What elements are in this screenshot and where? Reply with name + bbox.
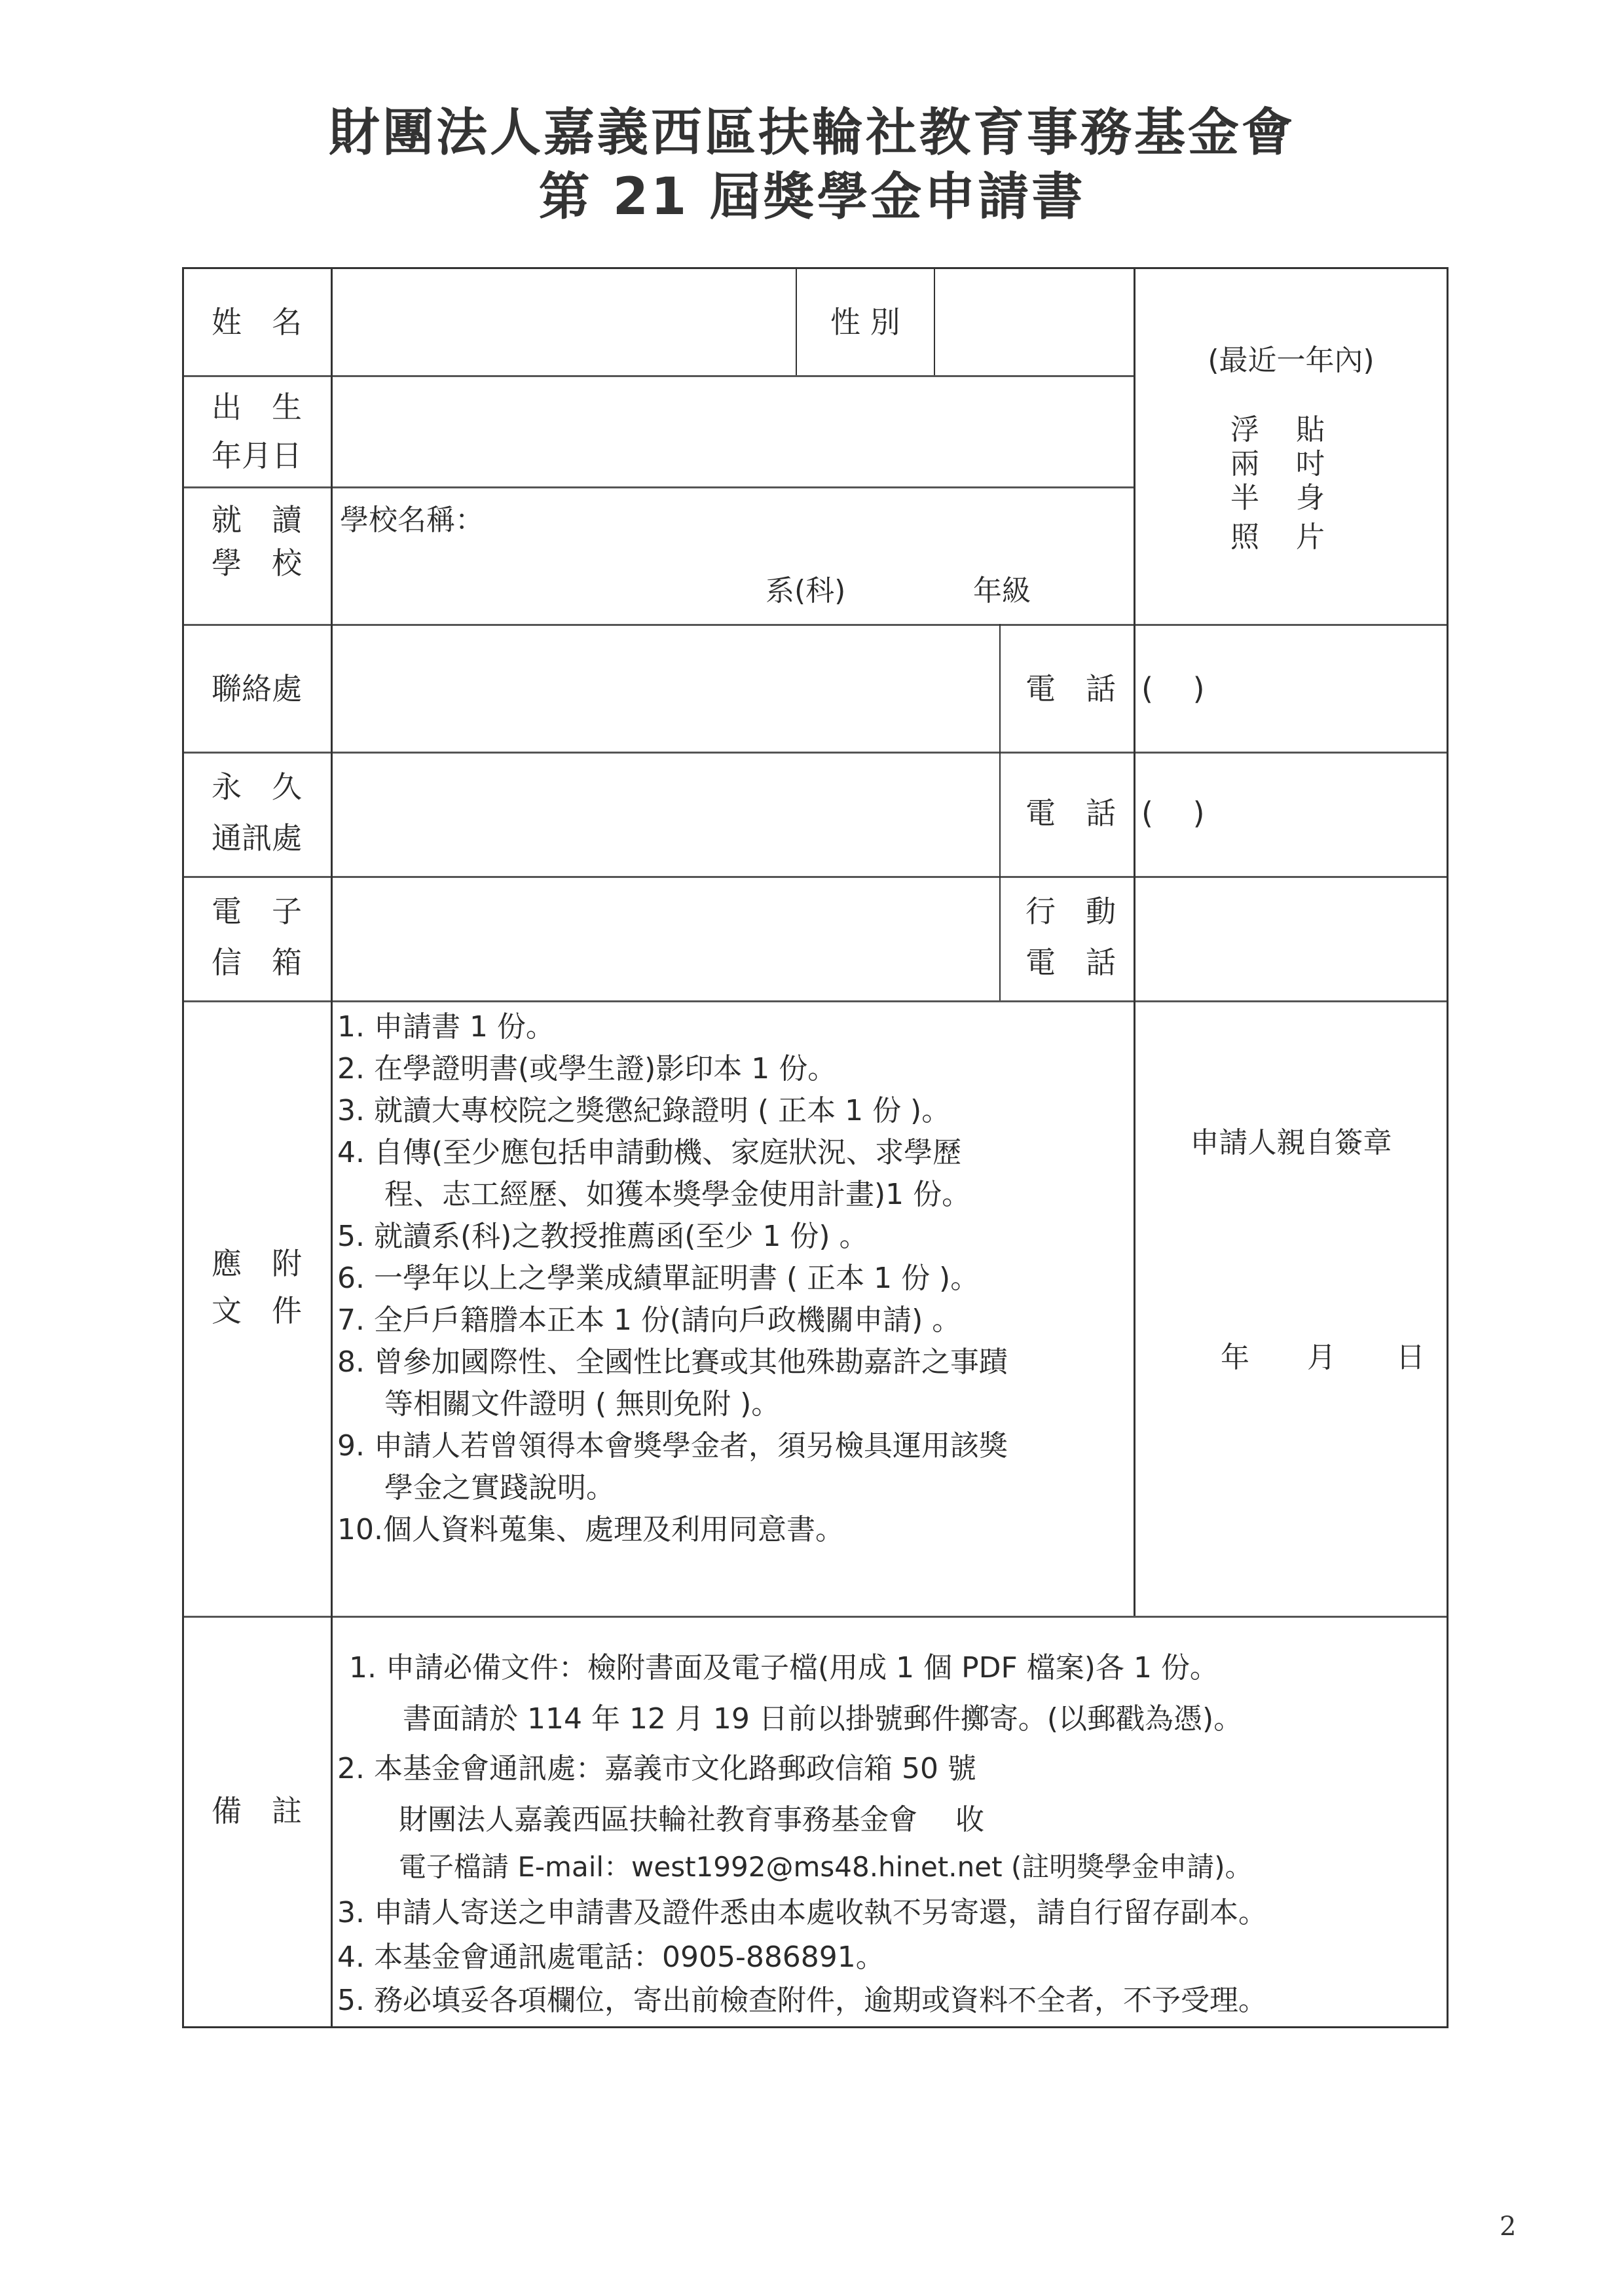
photo-char: 身: [1296, 481, 1325, 515]
grade-label: 年級: [973, 577, 1031, 606]
attachment-item: 9. 申請人若曾領得本會獎學金者，須另檢具運用該獎: [337, 1425, 1008, 1467]
school-name-label: 學校名稱：: [340, 506, 484, 535]
department-label: 系(科): [766, 577, 845, 606]
photo-char: 吋: [1296, 447, 1325, 481]
gender-label: 性 別: [830, 307, 900, 337]
email-field[interactable]: [333, 879, 998, 999]
photo-char: 照: [1230, 520, 1259, 555]
attachment-item: 10.個人資料蒐集、處理及利用同意書。: [337, 1509, 1008, 1551]
photo-area[interactable]: (最近一年內) 浮 兩 半 照 貼 吋 身 片: [1135, 269, 1447, 623]
attachment-item: 5. 就讀系(科)之教授推薦函(至少 1 份) 。: [337, 1216, 1008, 1258]
school-label-1: 就 讀: [212, 505, 302, 535]
email-label-2: 信 箱: [212, 947, 302, 977]
mobile-label-1: 行 動: [1025, 896, 1116, 926]
signature-label: 申請人親自簽章: [1135, 1129, 1447, 1157]
attachment-item-cont: 程、志工經歷、如獲本獎學金使用計畫)1 份。: [337, 1174, 1008, 1216]
contact-address-field[interactable]: [333, 627, 998, 750]
school-name-field[interactable]: [492, 492, 1127, 551]
birth-date-field[interactable]: [333, 378, 1132, 485]
phone-label-1: 電 話: [1025, 674, 1116, 704]
remark-line: 1. 申請必備文件：檢附書面及電子檔(用成 1 個 PDF 檔案)各 1 份。: [349, 1644, 1219, 1686]
signature-box[interactable]: 申請人親自簽章 年 月 日: [1135, 1003, 1447, 1614]
attachment-item: 2. 在學證明書(或學生證)影印本 1 份。: [337, 1048, 1008, 1090]
attachment-item-cont: 等相關文件證明 ( 無則免附 )。: [337, 1383, 1008, 1425]
photo-char: 片: [1296, 520, 1325, 555]
photo-text-col1: 浮 兩 半 照: [1230, 413, 1259, 555]
attachment-item-cont: 學金之實踐說明。: [337, 1467, 1008, 1509]
attachment-item: 4. 自傳(至少應包括申請動機、家庭狀況、求學歷: [337, 1132, 1008, 1174]
birth-label-1: 出 生: [212, 392, 302, 422]
birth-label-2: 年月日: [212, 441, 302, 471]
photo-char: 兩: [1230, 447, 1259, 481]
remark-line: 5. 務必填妥各項欄位，寄出前檢查附件，逾期或資料不全者，不予受理。: [337, 1977, 1267, 2018]
mobile-field[interactable]: [1135, 879, 1447, 999]
page-number: 2: [1500, 2212, 1516, 2242]
signature-date-year: 年: [1221, 1343, 1249, 1372]
remark-line: 2. 本基金會通訊處：嘉義市文化路郵政信箱 50 號: [337, 1745, 976, 1787]
attachment-item: 6. 一學年以上之學業成績單証明書 ( 正本 1 份 )。: [337, 1258, 1008, 1300]
attachments-label-2: 文 件: [212, 1296, 302, 1326]
phone-field-2[interactable]: ( ): [1141, 798, 1205, 828]
photo-char: 半: [1230, 481, 1259, 515]
email-label-1: 電 子: [212, 896, 302, 926]
name-label: 姓 名: [212, 307, 302, 337]
photo-char: 貼: [1296, 413, 1325, 447]
attachments-list: 1. 申請書 1 份。 2. 在學證明書(或學生證)影印本 1 份。 3. 就讀…: [337, 1006, 1008, 1551]
attachment-item: 1. 申請書 1 份。: [337, 1006, 1008, 1048]
attachments-label-1: 應 附: [212, 1248, 302, 1279]
phone-field-1[interactable]: ( ): [1141, 674, 1205, 704]
contact-address-label: 聯絡處: [212, 674, 302, 704]
remark-line: 3. 申請人寄送之申請書及證件悉由本處收執不另寄還，請自行留存副本。: [337, 1889, 1267, 1931]
attachment-item: 8. 曾參加國際性、全國性比賽或其他殊勘嘉許之事蹟: [337, 1341, 1008, 1383]
remark-line: 財團法人嘉義西區扶輪社教育事務基金會 收: [399, 1796, 984, 1838]
form-title-organization: 財團法人嘉義西區扶輪社教育事務基金會: [0, 92, 1624, 165]
remark-line: 書面請於 114 年 12 月 19 日前以掛號郵件擲寄。(以郵戳為憑)。: [403, 1695, 1242, 1737]
attachment-item: 3. 就讀大專校院之獎懲紀錄證明 ( 正本 1 份 )。: [337, 1090, 1008, 1132]
permanent-address-label-2: 通訊處: [212, 823, 302, 853]
photo-text-col2: 貼 吋 身 片: [1296, 413, 1325, 555]
signature-date-month: 月: [1307, 1343, 1336, 1372]
name-field[interactable]: [333, 269, 794, 374]
permanent-address-label-1: 永 久: [212, 772, 302, 802]
photo-char: 浮: [1230, 413, 1259, 447]
application-form-table: 姓 名 性 別 (最近一年內) 浮 兩 半 照 貼 吋 身 片 出 生 年月日 …: [182, 267, 1449, 2028]
mobile-label-2: 電 話: [1025, 947, 1116, 977]
form-title: 第 21 屆獎學金申請書: [0, 156, 1624, 229]
permanent-address-field[interactable]: [333, 754, 998, 875]
attachment-item: 7. 全戶戶籍謄本正本 1 份(請向戶政機關申請) 。: [337, 1300, 1008, 1341]
phone-label-2: 電 話: [1025, 798, 1116, 828]
signature-date-day: 日: [1396, 1343, 1425, 1372]
school-label-2: 學 校: [212, 548, 302, 578]
remark-line: 電子檔請 E-mail：west1992@ms48.hinet.net (註明獎…: [399, 1846, 1253, 1885]
photo-note: (最近一年內): [1135, 346, 1447, 375]
remark-line: 4. 本基金會通訊處電話：0905-886891。: [337, 1933, 885, 1975]
remarks-label: 備 註: [212, 1796, 302, 1826]
gender-field[interactable]: [936, 269, 1132, 374]
